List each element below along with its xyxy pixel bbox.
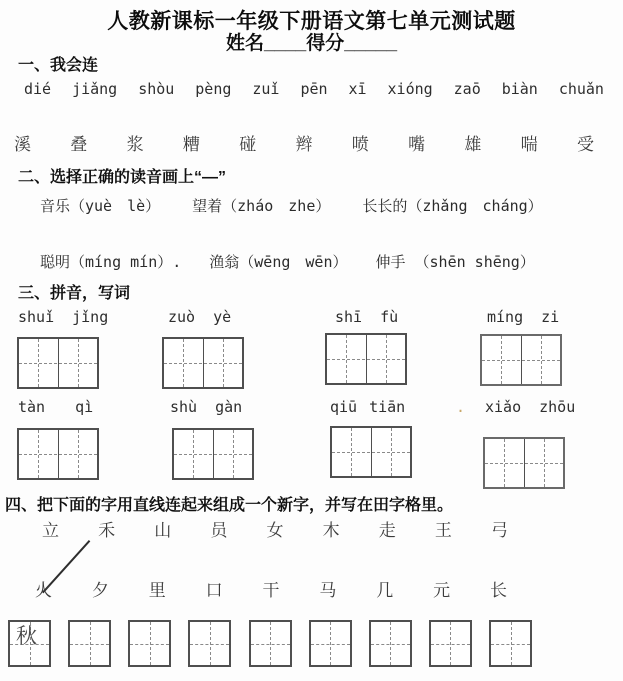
connect-char[interactable]: 里 <box>149 576 166 601</box>
grid-midline <box>327 359 405 360</box>
connect-char[interactable]: 木 <box>323 516 340 541</box>
writing-grid[interactable] <box>325 333 407 385</box>
connect-char[interactable]: 员 <box>210 516 227 541</box>
pronunciation-choice-item[interactable]: 聪明（míng mín）. <box>40 251 181 272</box>
pinyin-syllable: yè <box>213 308 231 326</box>
writing-grid[interactable] <box>17 428 99 480</box>
hanzi-item[interactable]: 碰 <box>239 130 256 155</box>
pinyin-syllable: shī <box>335 308 362 326</box>
pinyin-item[interactable]: dié <box>24 80 51 98</box>
pronunciation-choice-item[interactable]: 伸手 （shēn shēng） <box>376 251 535 272</box>
connect-char[interactable]: 夕 <box>92 576 109 601</box>
pinyin-syllable: míng <box>487 308 523 326</box>
faint-dot: . <box>456 398 465 416</box>
pinyin-item[interactable]: xióng <box>388 80 433 98</box>
hanzi-item[interactable]: 糟 <box>183 130 200 155</box>
pinyin-syllable: qiū <box>330 398 357 416</box>
pinyin-syllable: tiān <box>369 398 405 416</box>
pinyin-syllable: zuò <box>168 308 195 326</box>
section-two-row2: 聪明（míng mín）. 渔翁（wēng wēn） 伸手 （shēn shēn… <box>40 251 535 272</box>
pinyin-syllable: zhōu <box>539 398 575 416</box>
section-two-heading: 二、选择正确的读音画上“—” <box>18 164 226 187</box>
grid-midline <box>19 454 97 455</box>
pinyin-syllable: fù <box>380 308 398 326</box>
answer-grid[interactable] <box>369 620 412 667</box>
hanzi-item[interactable]: 叠 <box>70 130 87 155</box>
writing-grid[interactable] <box>17 337 99 389</box>
name-score-line: 姓名____得分_____ <box>0 28 623 55</box>
pinyin-word-group: zuò yè <box>168 308 231 326</box>
pinyin-item[interactable]: xī <box>349 80 367 98</box>
pinyin-word-group: xiǎo zhōu <box>485 398 575 416</box>
connect-char[interactable]: 火 <box>35 576 52 601</box>
section-four-heading: 四、把下面的字用直线连起来组成一个新字，并写在田字格里。 <box>5 492 453 515</box>
section-two-row1: 音乐（yuè lè） 望着（zháo zhe） 长长的（zhǎng cháng） <box>40 195 543 216</box>
section-one-heading: 一、我会连 <box>18 52 98 75</box>
worksheet-page: 人教新课标一年级下册语文第七单元测试题 姓名____得分_____ 一、我会连 … <box>0 0 623 681</box>
connect-chars-bottom-row: 火 夕 里 口 干 马 几 元 长 <box>35 576 507 601</box>
connect-char[interactable]: 禾 <box>98 516 115 541</box>
pinyin-syllable: zi <box>541 308 559 326</box>
connect-char[interactable]: 立 <box>42 516 59 541</box>
pinyin-item[interactable]: pēn <box>300 80 327 98</box>
pinyin-syllable: jǐng <box>72 308 108 326</box>
connect-char[interactable]: 几 <box>376 576 393 601</box>
connect-char[interactable]: 口 <box>206 576 223 601</box>
connect-chars-top-row: 立 禾 山 员 女 木 走 王 弓 <box>42 516 508 541</box>
answer-grid[interactable] <box>68 620 111 667</box>
pinyin-item[interactable]: shòu <box>138 80 174 98</box>
example-answer-char: 秋 <box>16 620 37 650</box>
pinyin-item[interactable]: chuǎn <box>559 80 604 98</box>
section-three-heading: 三、拼音，写词 <box>18 280 130 303</box>
pinyin-syllable: qì <box>75 398 93 416</box>
answer-grid[interactable] <box>128 620 171 667</box>
pinyin-word-group: shī fù <box>335 308 398 326</box>
hanzi-item[interactable]: 受 <box>577 130 594 155</box>
hanzi-item[interactable]: 溪 <box>14 130 31 155</box>
pinyin-item[interactable]: biàn <box>502 80 538 98</box>
connect-char[interactable]: 女 <box>267 516 284 541</box>
writing-grid[interactable] <box>330 426 412 478</box>
answer-grid[interactable] <box>249 620 292 667</box>
connect-char[interactable]: 王 <box>435 516 452 541</box>
hanzi-item[interactable]: 雄 <box>464 130 481 155</box>
answer-grid[interactable] <box>429 620 472 667</box>
connect-char[interactable]: 元 <box>433 576 450 601</box>
connect-char[interactable]: 马 <box>319 576 336 601</box>
pinyin-syllable: gàn <box>215 398 242 416</box>
hanzi-item[interactable]: 喷 <box>352 130 369 155</box>
pinyin-item[interactable]: zaō <box>454 80 481 98</box>
pinyin-word-group: shù gàn <box>170 398 242 416</box>
pinyin-word-group: qiū tiān <box>330 398 405 416</box>
pinyin-syllable: tàn <box>18 398 45 416</box>
answer-grid[interactable] <box>489 620 532 667</box>
grid-midline <box>164 363 242 364</box>
connect-char[interactable]: 山 <box>154 516 171 541</box>
section-one-hanzi-row: 溪 叠 浆 糟 碰 辫 喷 嘴 雄 喘 受 <box>14 130 594 155</box>
grid-midline <box>19 363 97 364</box>
pinyin-item[interactable]: zuǐ <box>252 80 279 98</box>
pronunciation-choice-item[interactable]: 渔翁（wēng wēn） <box>209 251 347 272</box>
answer-grid[interactable]: 秋 <box>8 620 51 667</box>
hanzi-item[interactable]: 浆 <box>127 130 144 155</box>
pinyin-syllable: xiǎo <box>485 398 521 416</box>
pinyin-word-group: míng zi <box>487 308 559 326</box>
pronunciation-choice-item[interactable]: 音乐（yuè lè） <box>40 195 160 216</box>
grid-midline <box>482 360 560 361</box>
grid-midline <box>485 463 563 464</box>
pinyin-syllable: shuǐ <box>18 308 54 326</box>
pinyin-word-group: tàn qì <box>18 398 93 416</box>
hanzi-item[interactable]: 嘴 <box>408 130 425 155</box>
answer-grid[interactable] <box>188 620 231 667</box>
writing-grid[interactable] <box>480 334 562 386</box>
pronunciation-choice-item[interactable]: 长长的（zhǎng cháng） <box>362 195 542 216</box>
pronunciation-choice-item[interactable]: 望着（zháo zhe） <box>192 195 330 216</box>
connect-char[interactable]: 长 <box>490 576 507 601</box>
grid-midline <box>332 452 410 453</box>
grid-midline <box>174 454 252 455</box>
connect-char[interactable]: 干 <box>263 576 280 601</box>
pinyin-syllable: shù <box>170 398 197 416</box>
connect-char[interactable]: 弓 <box>491 516 508 541</box>
writing-grid[interactable] <box>172 428 254 480</box>
pinyin-item[interactable]: pèng <box>195 80 231 98</box>
hanzi-item[interactable]: 辫 <box>295 130 312 155</box>
writing-grid[interactable] <box>483 437 565 489</box>
hanzi-item[interactable]: 喘 <box>521 130 538 155</box>
writing-grid[interactable] <box>162 337 244 389</box>
answer-grid[interactable] <box>309 620 352 667</box>
section-one-pinyin-row: dié jiǎng shòu pèng zuǐ pēn xī xióng zaō… <box>24 80 604 98</box>
answer-grid-row: 秋 <box>8 620 532 667</box>
pinyin-word-group: shuǐ jǐng <box>18 308 108 326</box>
pinyin-item[interactable]: jiǎng <box>72 80 117 98</box>
connect-char[interactable]: 走 <box>379 516 396 541</box>
